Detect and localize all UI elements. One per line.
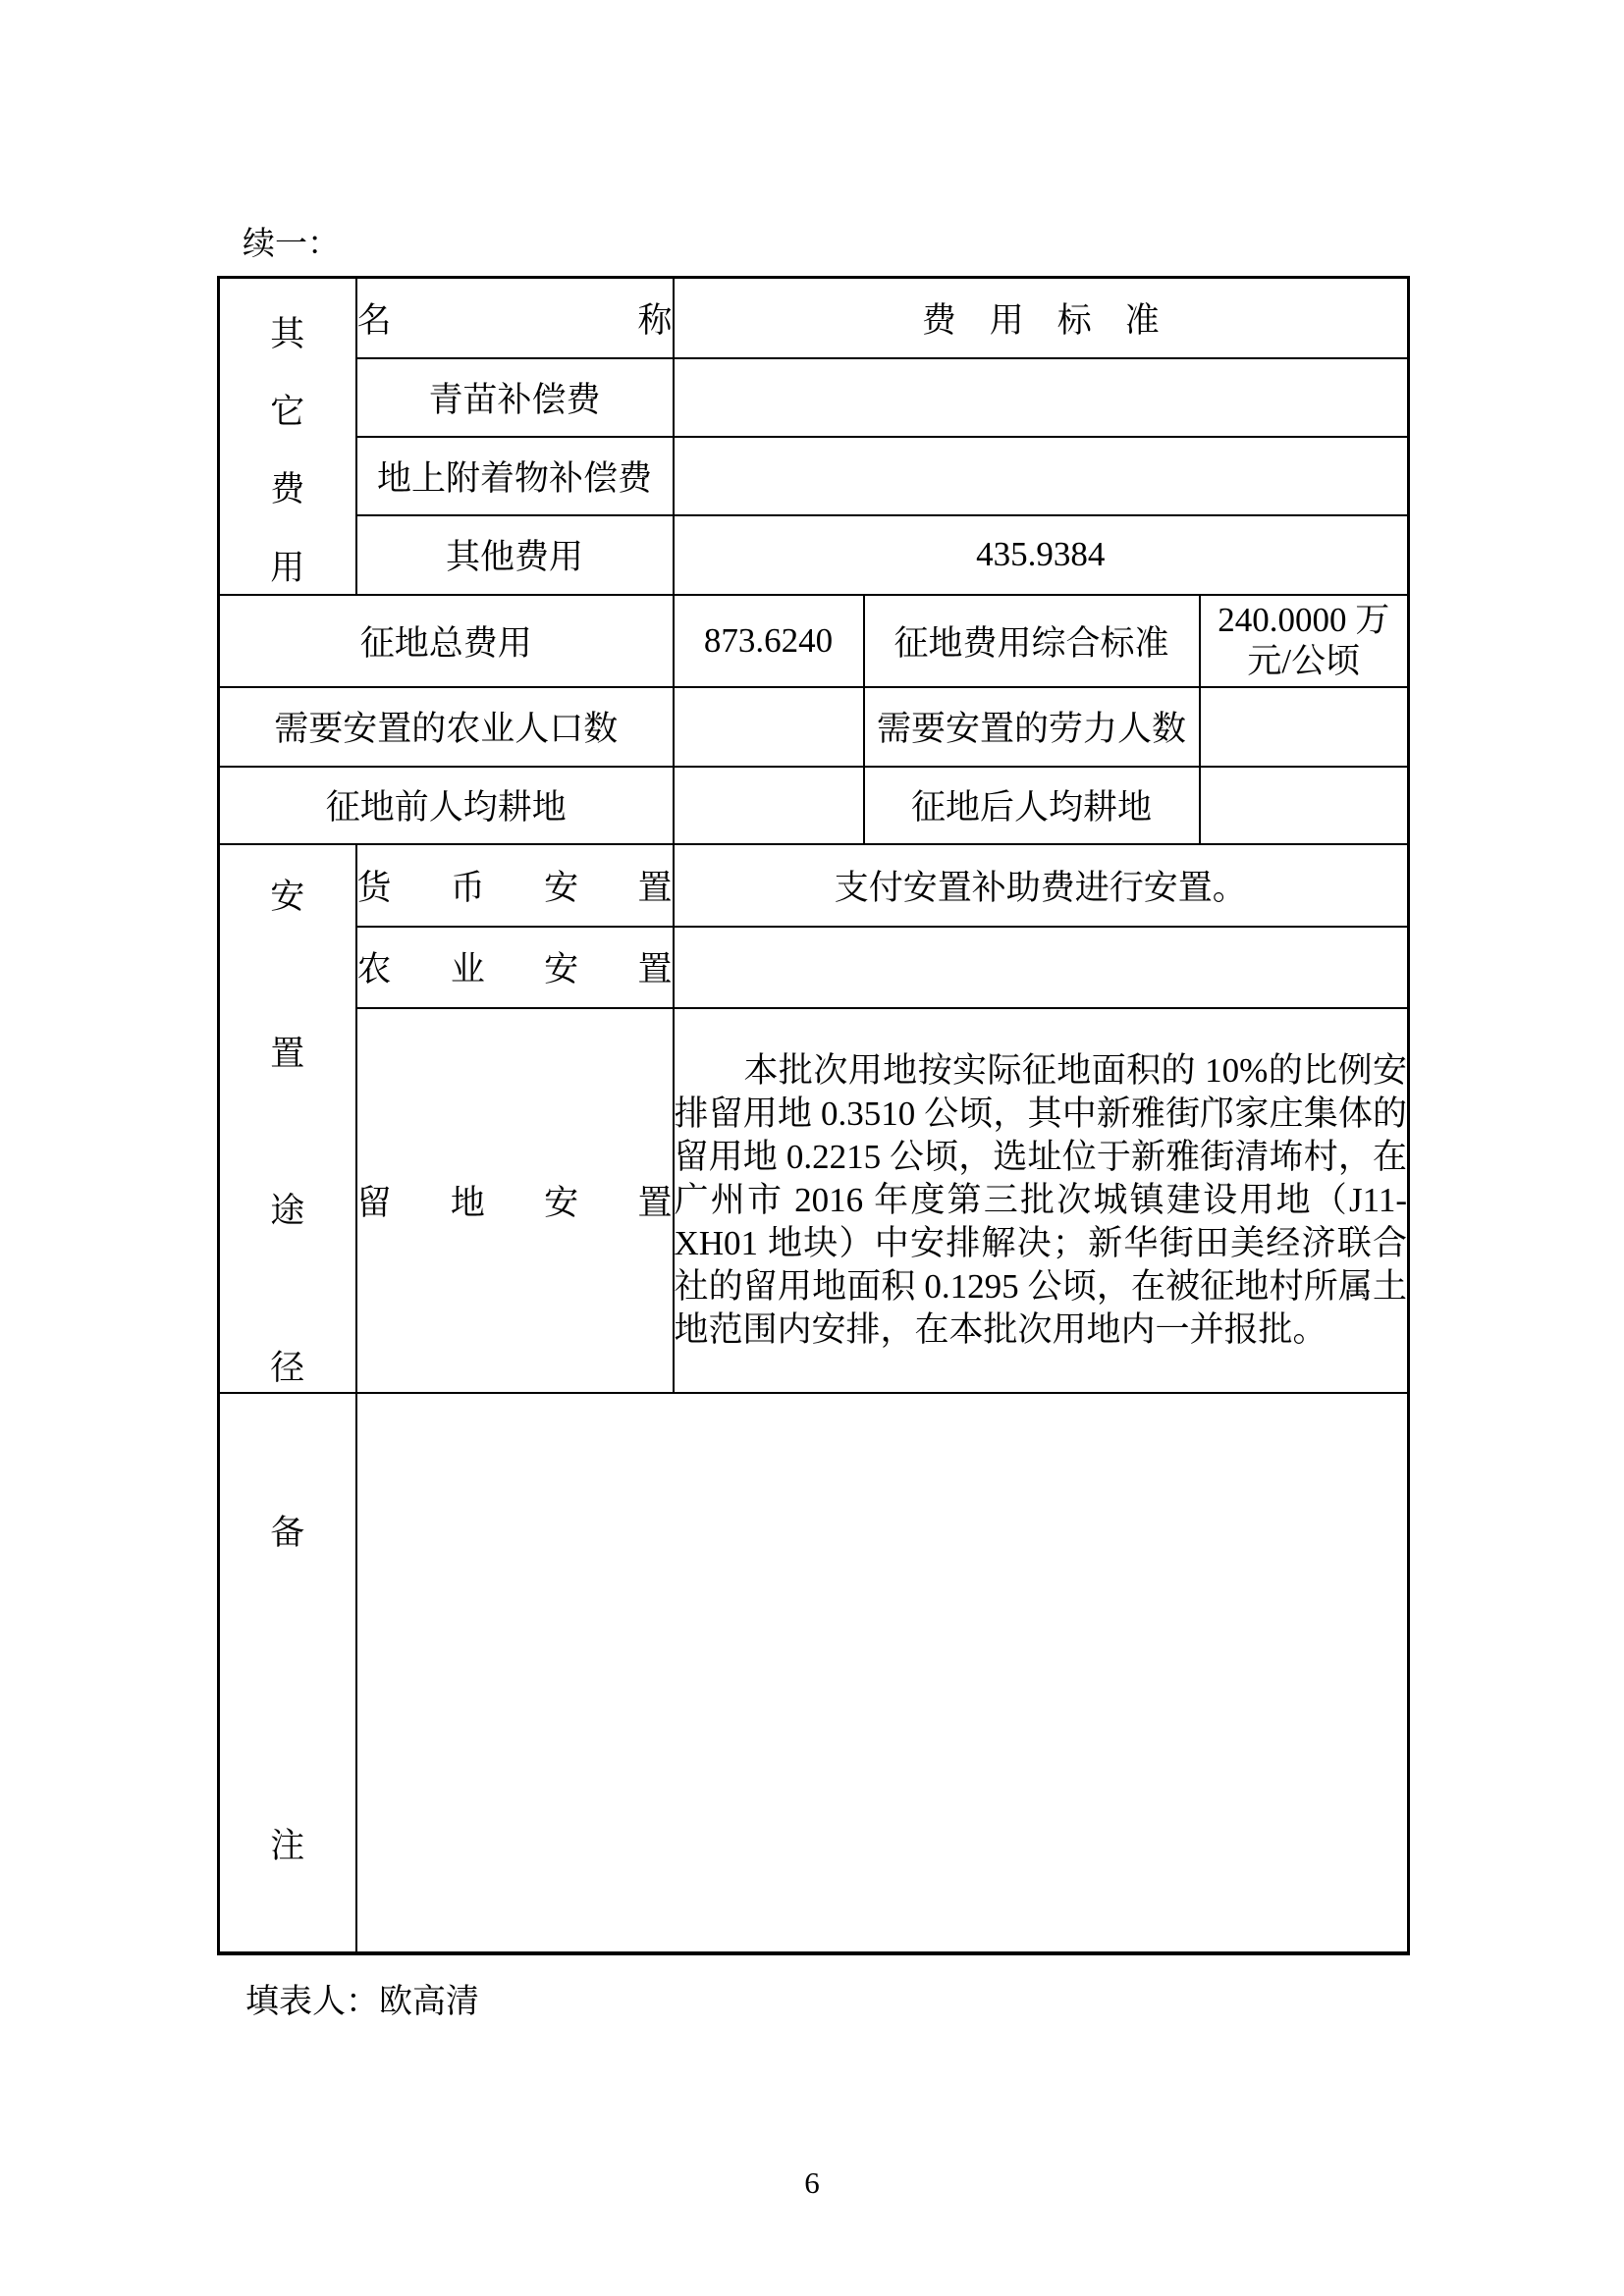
filler-name: 欧高清: [379, 1984, 479, 2020]
vertical-label-char: 置: [270, 1037, 304, 1071]
vertical-label-char: 途: [270, 1194, 304, 1228]
vertical-label-char: 安: [270, 880, 304, 914]
other-fee-value-cell: 435.9384: [674, 515, 1409, 595]
crop-compensation-label-cell: 青苗补偿费: [356, 358, 674, 437]
reserved-land-label-cell: 留地安置: [356, 1008, 674, 1393]
fee-name-header-cell: 名称: [356, 278, 674, 358]
document-page: 续一： 其它费用 名称 费用标准 青苗补偿费 地上附着物补偿费 其他费用 435…: [0, 0, 1624, 2296]
remark-label-cell: 备注: [219, 1393, 356, 1953]
total-fee-label-cell: 征地总费用: [219, 595, 674, 687]
table-row: 安置途径 货币安置 支付安置补助费进行安置。: [219, 844, 1409, 927]
land-requisition-fee-table: 其它费用 名称 费用标准 青苗补偿费 地上附着物补偿费 其他费用 435.938…: [217, 276, 1410, 1955]
vertical-label-char: 注: [270, 1829, 304, 1863]
agricultural-resettlement-label-cell: 农业安置: [356, 927, 674, 1008]
farmland-after-label-cell: 征地后人均耕地: [864, 767, 1200, 844]
monetary-resettlement-label-cell: 货币安置: [356, 844, 674, 927]
comprehensive-standard-value-cell: 240.0000 万 元/公顷: [1200, 595, 1409, 687]
fee-standard-header-cell: 费用标准: [674, 278, 1409, 358]
farmland-before-label-cell: 征地前人均耕地: [219, 767, 674, 844]
monetary-resettlement-value-cell: 支付安置补助费进行安置。: [674, 844, 1409, 927]
table-row: 征地总费用 873.6240 征地费用综合标准 240.0000 万 元/公顷: [219, 595, 1409, 687]
vertical-label-char: 其: [270, 317, 304, 351]
resettlement-vertical-label: 安置途径: [220, 846, 355, 1391]
labor-population-value-cell: [1200, 687, 1409, 767]
reserved-land-value-cell: 本批次用地按实际征地面积的 10%的比例安排留用地 0.3510 公顷，其中新雅…: [674, 1008, 1409, 1393]
labor-population-label-cell: 需要安置的劳力人数: [864, 687, 1200, 767]
table-row: 其它费用 名称 费用标准: [219, 278, 1409, 358]
table-row: 征地前人均耕地 征地后人均耕地: [219, 767, 1409, 844]
continuation-label: 续一：: [243, 227, 340, 262]
vertical-label-char: 径: [270, 1351, 304, 1385]
table-row: 地上附着物补偿费: [219, 437, 1409, 515]
table-row: 需要安置的农业人口数 需要安置的劳力人数: [219, 687, 1409, 767]
agricultural-resettlement-value-cell: [674, 927, 1409, 1008]
table-row: 其他费用 435.9384: [219, 515, 1409, 595]
table-row: 留地安置 本批次用地按实际征地面积的 10%的比例安排留用地 0.3510 公顷…: [219, 1008, 1409, 1393]
vertical-label-char: 它: [270, 395, 304, 429]
total-fee-value-cell: 873.6240: [674, 595, 864, 687]
table-row: 农业安置: [219, 927, 1409, 1008]
remark-vertical-label: 备注: [220, 1394, 355, 1950]
vertical-label-char: 备: [270, 1516, 304, 1550]
agri-population-value-cell: [674, 687, 864, 767]
vertical-label-char: 费: [270, 472, 304, 507]
table-row: 青苗补偿费: [219, 358, 1409, 437]
table-row: 备注: [219, 1393, 1409, 1953]
other-fees-vertical-label: 其它费用: [220, 280, 355, 593]
farmland-after-value-cell: [1200, 767, 1409, 844]
attachments-compensation-label-cell: 地上附着物补偿费: [356, 437, 674, 515]
attachments-compensation-value-cell: [674, 437, 1409, 515]
page-number: 6: [0, 2165, 1624, 2201]
reserved-land-paragraph: 本批次用地按实际征地面积的 10%的比例安排留用地 0.3510 公顷，其中新雅…: [675, 1049, 1408, 1352]
form-filler-line: 填表人：欧高清: [245, 1983, 479, 2022]
comprehensive-standard-label-cell: 征地费用综合标准: [864, 595, 1200, 687]
agri-population-label-cell: 需要安置的农业人口数: [219, 687, 674, 767]
crop-compensation-value-cell: [674, 358, 1409, 437]
other-fee-label-cell: 其他费用: [356, 515, 674, 595]
farmland-before-value-cell: [674, 767, 864, 844]
other-fees-label-cell: 其它费用: [219, 278, 356, 595]
filler-label: 填表人：: [245, 1984, 379, 2020]
vertical-label-char: 用: [270, 551, 304, 585]
resettlement-label-cell: 安置途径: [219, 844, 356, 1393]
remark-value-cell: [356, 1393, 1409, 1953]
